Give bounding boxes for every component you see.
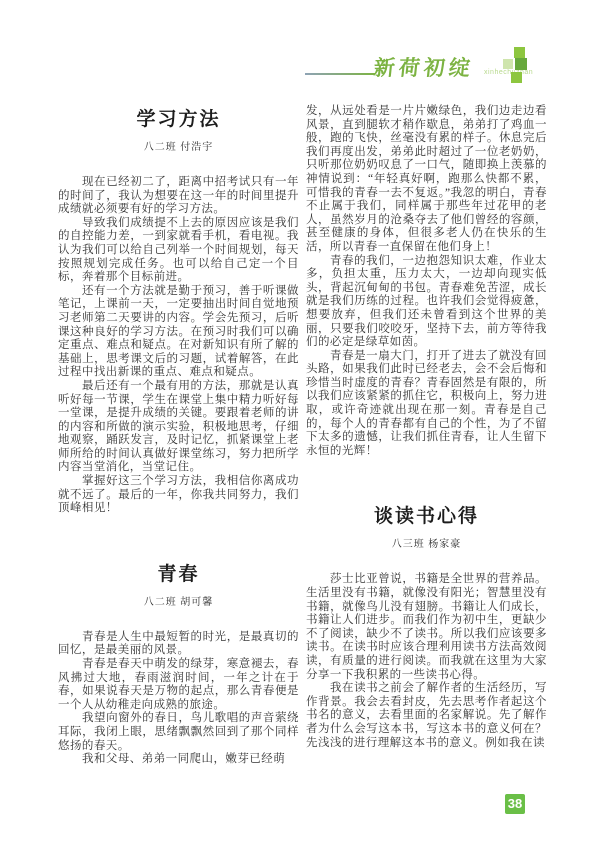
paragraph: 莎士比亚曾说，书籍是全世界的营养品。生活里没有书籍，就像没有阳光；智慧里没有书籍… bbox=[306, 573, 547, 682]
paragraph: 青春是人生中最短暂的时光，是最真切的回忆，是最美丽的风景。 bbox=[58, 631, 299, 658]
paragraph: 青春是春天中萌发的绿芽，寒意褪去，春风拂过大地，春雨滋润时间，一年之计在于春，如… bbox=[58, 658, 299, 712]
paragraph-continuation: 发，从远处看是一片片嫩绿色，我们边走边看风景，直到腿软才稍作歇息，弟弟打了鸡血一… bbox=[306, 105, 547, 255]
right-column: 发，从远处看是一片片嫩绿色，我们边走边看风景，直到腿软才稍作歇息，弟弟打了鸡血一… bbox=[306, 105, 547, 750]
brand-square bbox=[511, 72, 522, 83]
magazine-page: 新荷初绽 xinhechuzhan 学习方法八二班 付浩宇现在已经初二了，距离中… bbox=[0, 0, 600, 848]
article-title: 学习方法 bbox=[58, 107, 299, 133]
article-byline: 八三班 杨家豪 bbox=[306, 538, 547, 551]
article-title: 谈读书心得 bbox=[306, 504, 547, 530]
brand-square bbox=[514, 47, 525, 58]
paragraph: 导致我们成绩提不上去的原因应该是我们的自控能力差，一到家就看手机，看电视。我认为… bbox=[58, 217, 299, 285]
paragraph: 掌握好这三个学习方法，我相信你离成功就不远了。最后的一年，你我共同努力，我们顶峰… bbox=[58, 475, 299, 516]
paragraph: 现在已经初二了，距离中招考试只有一年的时间了，我认为想要在这一年的时间里提升成绩… bbox=[58, 176, 299, 217]
paragraph: 青春的我们，一边抱怨知识太难，作业太多，负担太重，压力太大，一边却向现实低头，背… bbox=[306, 255, 547, 350]
paragraph: 我望向窗外的春日，鸟儿歌唱的声音萦绕耳际，我闭上眼，思绪飘飘然回到了那个同样悠扬… bbox=[58, 712, 299, 753]
paragraph: 我和父母、弟弟一同爬山，嫩芽已经萌 bbox=[58, 753, 299, 767]
page-number-badge: 38 bbox=[505, 794, 525, 814]
paragraph: 还有一个方法就是勤于预习，善于听课做笔记，上课前一天，一定要抽出时间自觉地预习老… bbox=[58, 285, 299, 380]
paragraph: 最后还有一个最有用的方法，那就是认真听好每一节课，学生在课堂上集中精力听好每一堂… bbox=[58, 380, 299, 475]
left-column: 学习方法八二班 付浩宇现在已经初二了，距离中招考试只有一年的时间了，我认为想要在… bbox=[58, 105, 299, 767]
article-title: 青春 bbox=[58, 562, 299, 588]
brand-square bbox=[515, 58, 527, 70]
brand-squares-icon bbox=[500, 45, 534, 85]
article-byline: 八二班 胡可馨 bbox=[58, 596, 299, 609]
article-byline: 八二班 付浩宇 bbox=[58, 141, 299, 154]
paragraph: 我在读书之前会了解作者的生活经历，写作背景。我会去看封皮，先去思考作者起这个书名… bbox=[306, 682, 547, 750]
paragraph: 青春是一扇大门，打开了进去了就没有回头路，如果我们此时已经老去，会不会后悔和珍惜… bbox=[306, 350, 547, 459]
magazine-brand-title: 新荷初绽 bbox=[372, 52, 475, 82]
brand-square bbox=[503, 59, 513, 69]
header-rule bbox=[305, 73, 375, 75]
